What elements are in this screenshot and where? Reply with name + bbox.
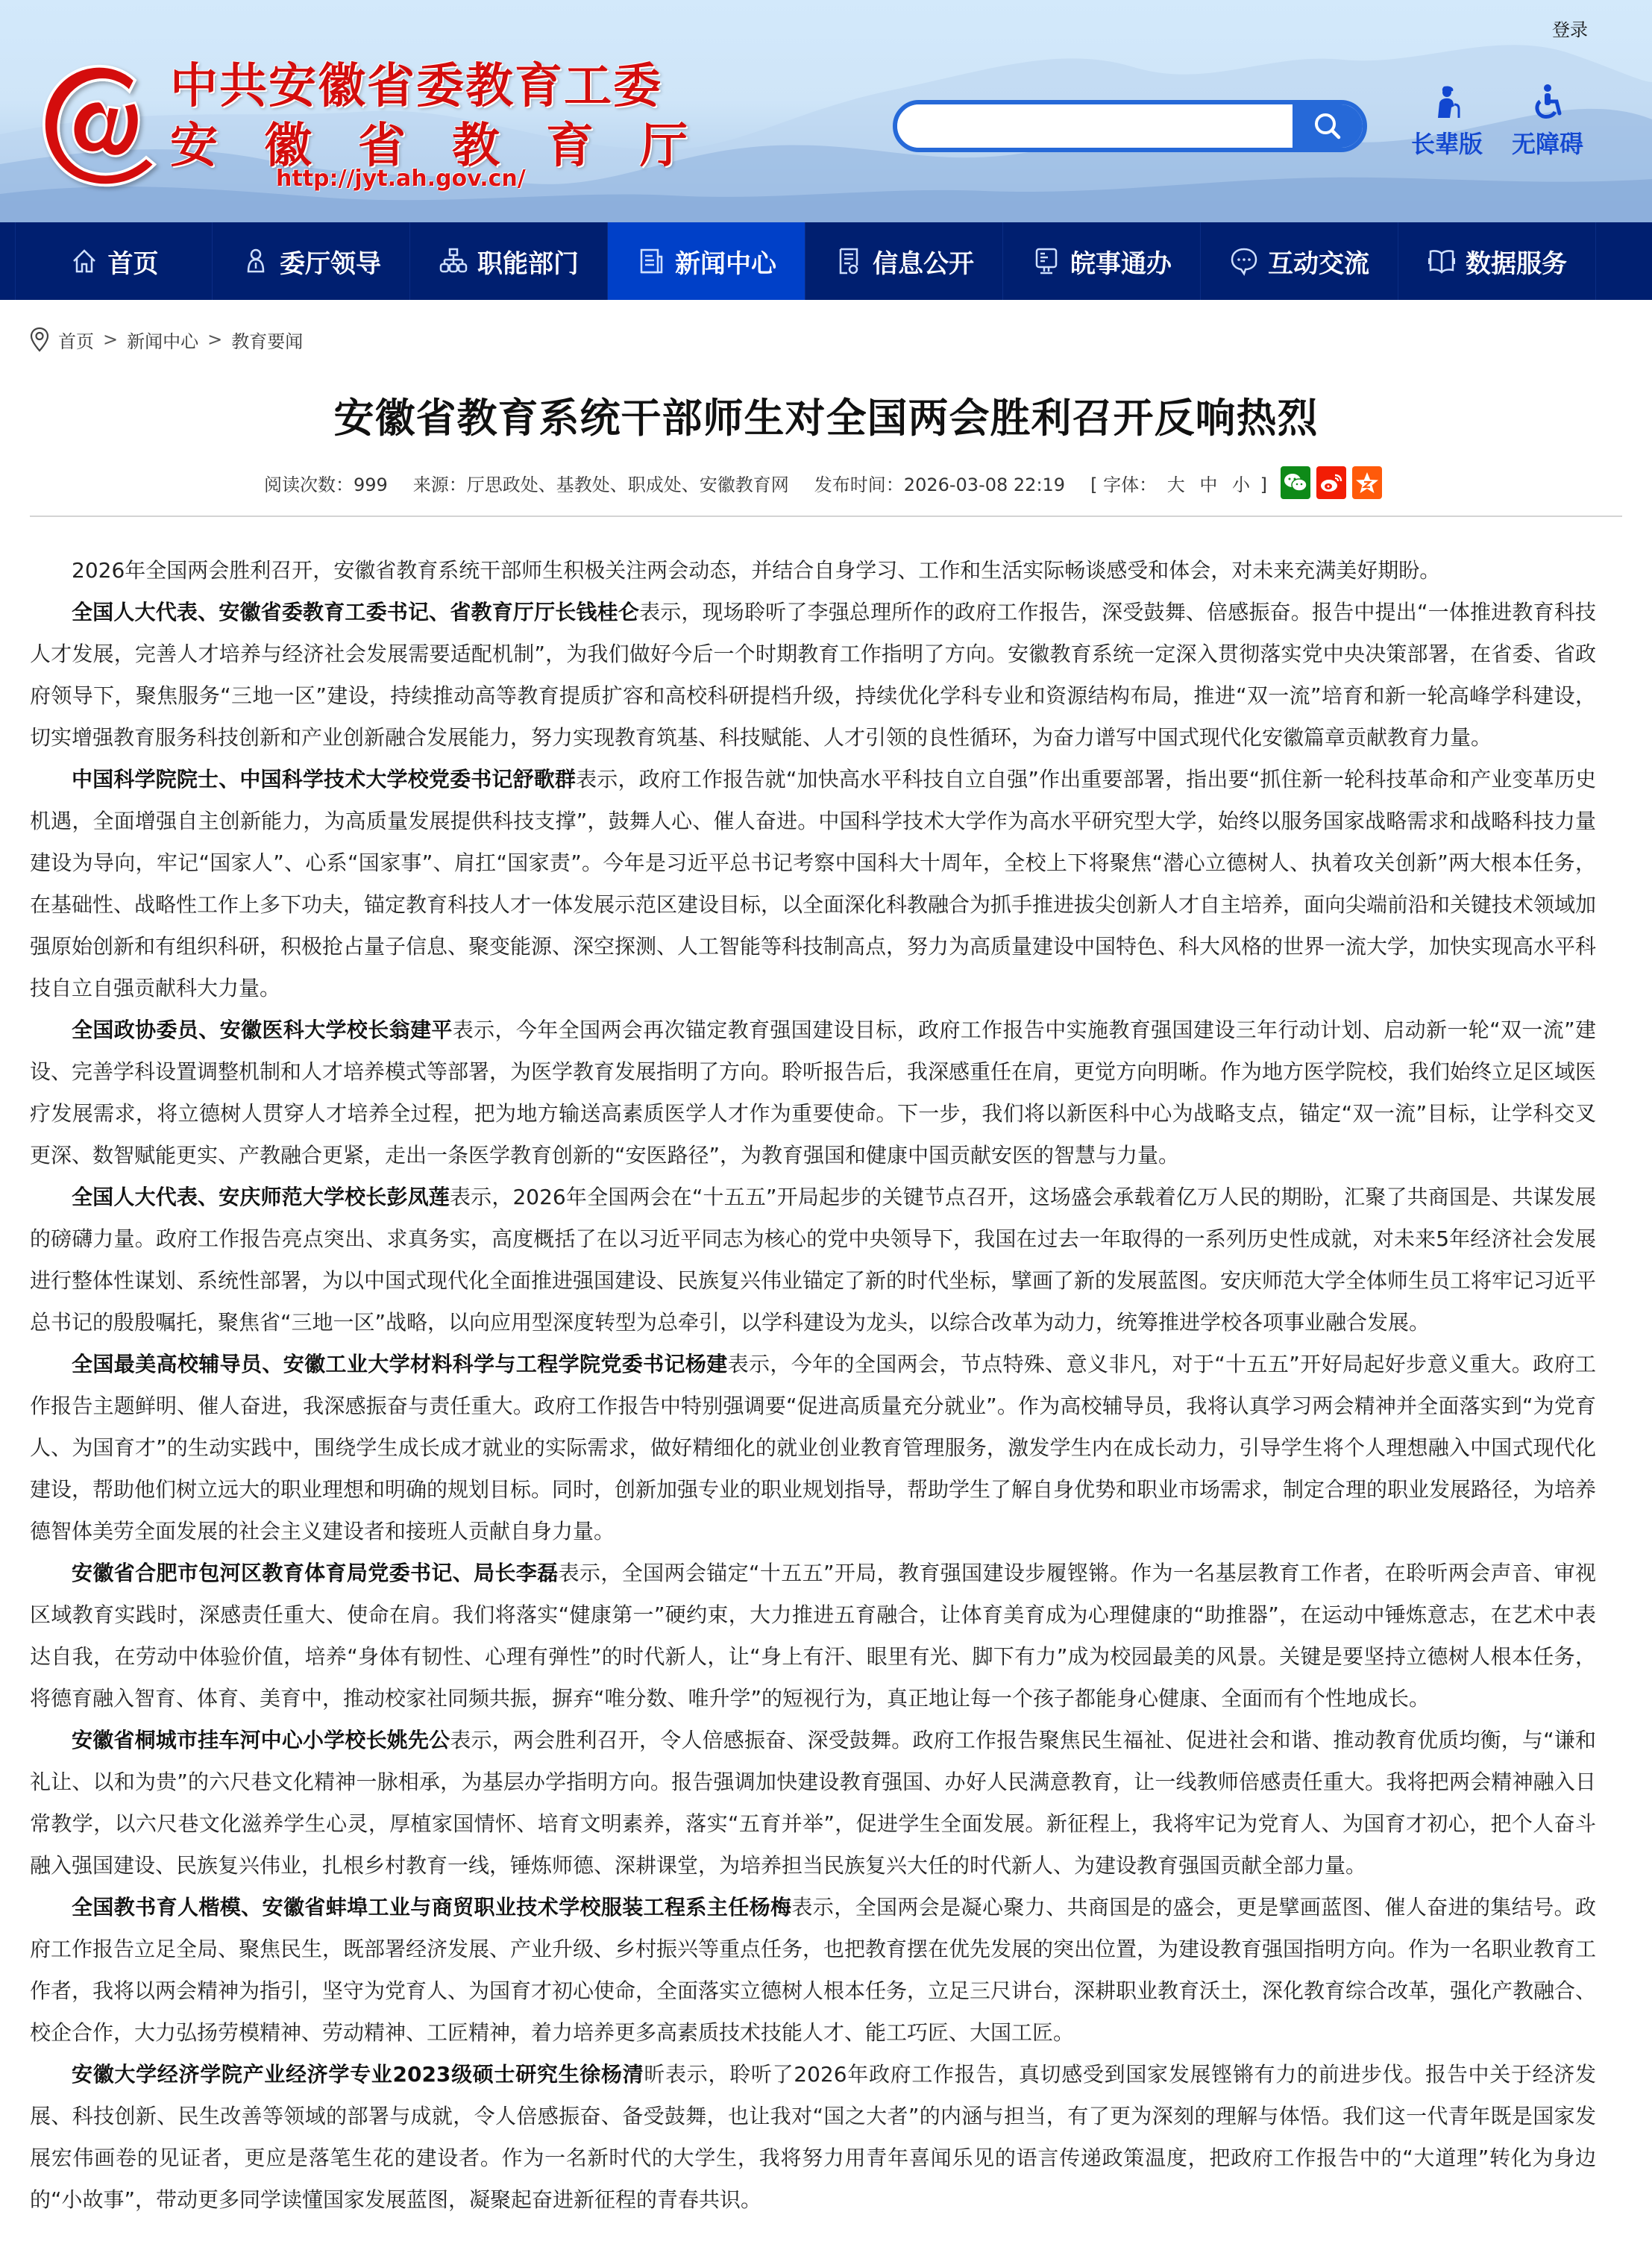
elderly-mode-label: 长辈版 bbox=[1395, 125, 1499, 160]
nav-item-home[interactable]: 首页 bbox=[15, 222, 213, 300]
nav-item-info-disclosure[interactable]: 信息公开 bbox=[805, 222, 1003, 300]
font-size-close-bracket: ] bbox=[1260, 474, 1267, 495]
search-button[interactable] bbox=[1293, 104, 1363, 148]
breadcrumb-separator: > bbox=[103, 329, 118, 350]
paragraph-text: 表示，今年的全国两会，节点特殊、意义非凡，对于“十五五”开好局起好步意义重大。政… bbox=[30, 1352, 1596, 1544]
nav-label: 数据服务 bbox=[1466, 243, 1567, 280]
nav-item-interaction[interactable]: 互动交流 bbox=[1201, 222, 1398, 300]
at-sign-logo-icon bbox=[30, 52, 170, 192]
font-size-label: [ 字体： bbox=[1090, 474, 1157, 495]
nav-item-departments[interactable]: 职能部门 bbox=[410, 222, 608, 300]
nav-label: 委厅领导 bbox=[280, 243, 381, 280]
source-value: 厅思政处、基教处、职成处、安徽教育网 bbox=[467, 474, 789, 495]
logo-title-line1: 中共安徽省委教育工委 bbox=[170, 48, 662, 116]
article-meta: 阅读次数：999 来源：厅思政处、基教处、职成处、安徽教育网 发布时间：2026… bbox=[0, 466, 1652, 499]
kiosk-icon bbox=[1031, 246, 1061, 276]
nav-label: 首页 bbox=[108, 243, 159, 280]
share-qzone-button[interactable] bbox=[1352, 466, 1382, 499]
nav-item-news-center[interactable]: 新闻中心 bbox=[608, 222, 805, 300]
home-icon bbox=[69, 246, 99, 276]
breadcrumb-separator: > bbox=[207, 329, 222, 350]
news-icon bbox=[636, 246, 666, 276]
view-count-label: 阅读次数： bbox=[264, 474, 354, 495]
nav-item-data-services[interactable]: 数据服务 bbox=[1398, 222, 1596, 300]
article-paragraph: 全国政协委员、安徽医科大学校长翁建平表示，今年全国两会再次锚定教育强国建设目标，… bbox=[30, 1009, 1596, 1176]
main-nav: 首页 委厅领导 职能部门 新闻中心 信息公开 皖事通办 互动交流 数据服务 bbox=[0, 222, 1652, 300]
chat-icon bbox=[1229, 246, 1259, 276]
article-paragraph: 中国科学院院士、中国科学技术大学校党委书记舒歌群表示，政府工作报告就“加快高水平… bbox=[30, 759, 1596, 1009]
accessibility-label: 无障碍 bbox=[1495, 125, 1600, 160]
share-weibo-button[interactable] bbox=[1316, 466, 1346, 499]
nav-label: 信息公开 bbox=[873, 243, 974, 280]
speaker-name: 全国人大代表、安庆师范大学校长彭凤莲 bbox=[72, 1185, 450, 1209]
breadcrumb-home[interactable]: 首页 bbox=[58, 327, 94, 353]
elderly-icon bbox=[1429, 84, 1465, 119]
document-icon bbox=[834, 246, 864, 276]
breadcrumb-education-news[interactable]: 教育要闻 bbox=[231, 327, 303, 353]
wheelchair-icon bbox=[1530, 84, 1565, 119]
speaker-name: 中国科学院院士、中国科学技术大学校党委书记舒歌群 bbox=[72, 767, 576, 792]
nav-item-leaders[interactable]: 委厅领导 bbox=[213, 222, 410, 300]
speaker-name: 全国政协委员、安徽医科大学校长翁建平 bbox=[72, 1018, 453, 1042]
logo-url: http://jyt.ah.gov.cn/ bbox=[276, 166, 526, 192]
source: 来源：厅思政处、基教处、职成处、安徽教育网 bbox=[413, 470, 789, 496]
view-count-value: 999 bbox=[354, 474, 388, 495]
nav-label: 职能部门 bbox=[477, 243, 579, 280]
article-paragraph: 安徽大学经济学院产业经济学专业2023级硕士研究生徐杨清昕表示，聆听了2026年… bbox=[30, 2054, 1596, 2221]
nav-label: 互动交流 bbox=[1268, 243, 1369, 280]
search-icon bbox=[1313, 111, 1342, 141]
article-paragraph: 安徽省桐城市挂车河中心小学校长姚先公表示，两会胜利召开，令人倍感振奋、深受鼓舞。… bbox=[30, 1720, 1596, 1887]
search-box bbox=[893, 100, 1367, 152]
view-count: 阅读次数：999 bbox=[264, 470, 388, 496]
paragraph-text: 表示，政府工作报告就“加快高水平科技自立自强”作出重要部署，指出要“抓住新一轮科… bbox=[30, 767, 1596, 1000]
article-title: 安徽省教育系统干部师生对全国两会胜利召开反响热烈 bbox=[0, 386, 1652, 444]
publish-time-label: 发布时间： bbox=[814, 474, 904, 495]
site-logo[interactable]: 中共安徽省委教育工委 安徽省教育厅 http://jyt.ah.gov.cn/ bbox=[30, 46, 671, 195]
font-size-control: [ 字体： 大 中 小 ] bbox=[1090, 470, 1267, 496]
elderly-mode-link[interactable]: 长辈版 bbox=[1410, 84, 1484, 160]
article-paragraph: 安徽省合肥市包河区教育体育局党委书记、局长李磊表示，全国两会锚定“十五五”开局，… bbox=[30, 1552, 1596, 1720]
location-pin-icon bbox=[30, 327, 49, 352]
font-size-small[interactable]: 小 bbox=[1232, 474, 1250, 495]
speaker-name: 全国教书育人楷模、安徽省蚌埠工业与商贸职业技术学校服装工程系主任杨梅 bbox=[72, 1895, 791, 1919]
font-size-large[interactable]: 大 bbox=[1167, 474, 1185, 495]
speaker-name: 全国最美高校辅导员、安徽工业大学材料科学与工程学院党委书记杨建 bbox=[72, 1352, 728, 1376]
qzone-star-icon bbox=[1355, 471, 1379, 495]
accessibility-link[interactable]: 无障碍 bbox=[1510, 84, 1585, 160]
wechat-icon bbox=[1284, 472, 1307, 493]
book-icon bbox=[1427, 246, 1457, 276]
publish-time: 发布时间：2026-03-08 22:19 bbox=[814, 470, 1065, 496]
article-paragraph: 全国人大代表、安徽省委教育工委书记、省教育厅厅长钱桂仑表示，现场聆听了李强总理所… bbox=[30, 592, 1596, 759]
breadcrumb: 首页 > 新闻中心 > 教育要闻 bbox=[0, 316, 1652, 363]
speaker-name: 安徽省桐城市挂车河中心小学校长姚先公 bbox=[72, 1728, 450, 1752]
article-paragraph: 全国教书育人楷模、安徽省蚌埠工业与商贸职业技术学校服装工程系主任杨梅表示，全国两… bbox=[30, 1887, 1596, 2054]
search-input[interactable] bbox=[897, 104, 1293, 148]
article-paragraph: 2026年全国两会胜利召开，安徽省教育系统干部师生积极关注两会动态，并结合自身学… bbox=[30, 550, 1596, 592]
source-label: 来源： bbox=[413, 474, 467, 495]
speaker-name: 安徽省合肥市包河区教育体育局党委书记、局长李磊 bbox=[72, 1561, 559, 1585]
font-size-medium[interactable]: 中 bbox=[1199, 474, 1217, 495]
weibo-icon bbox=[1319, 471, 1343, 494]
article-paragraph: 全国最美高校辅导员、安徽工业大学材料科学与工程学院党委书记杨建表示，今年的全国两… bbox=[30, 1344, 1596, 1552]
article-body: 2026年全国两会胜利召开，安徽省教育系统干部师生积极关注两会动态，并结合自身学… bbox=[0, 517, 1652, 2221]
article-paragraph: 全国人大代表、安庆师范大学校长彭凤莲表示，2026年全国两会在“十五五”开局起步… bbox=[30, 1176, 1596, 1344]
site-header: 中共安徽省委教育工委 安徽省教育厅 http://jyt.ah.gov.cn/ … bbox=[0, 0, 1652, 222]
paragraph-text: 2026年全国两会胜利召开，安徽省教育系统干部师生积极关注两会动态，并结合自身学… bbox=[72, 558, 1440, 583]
share-wechat-button[interactable] bbox=[1281, 466, 1310, 499]
speaker-name: 全国人大代表、安徽省委教育工委书记、省教育厅厅长钱桂仑 bbox=[72, 600, 639, 624]
speaker-name: 安徽大学经济学院产业经济学专业2023级硕士研究生徐杨清 bbox=[72, 2062, 644, 2087]
leaders-icon bbox=[241, 246, 271, 276]
org-chart-icon bbox=[439, 246, 468, 276]
nav-label: 皖事通办 bbox=[1070, 243, 1172, 280]
breadcrumb-news-center[interactable]: 新闻中心 bbox=[127, 327, 198, 353]
nav-label: 新闻中心 bbox=[675, 243, 776, 280]
publish-time-value: 2026-03-08 22:19 bbox=[904, 474, 1065, 495]
nav-item-services[interactable]: 皖事通办 bbox=[1003, 222, 1201, 300]
login-link[interactable]: 登录 bbox=[1552, 15, 1588, 41]
